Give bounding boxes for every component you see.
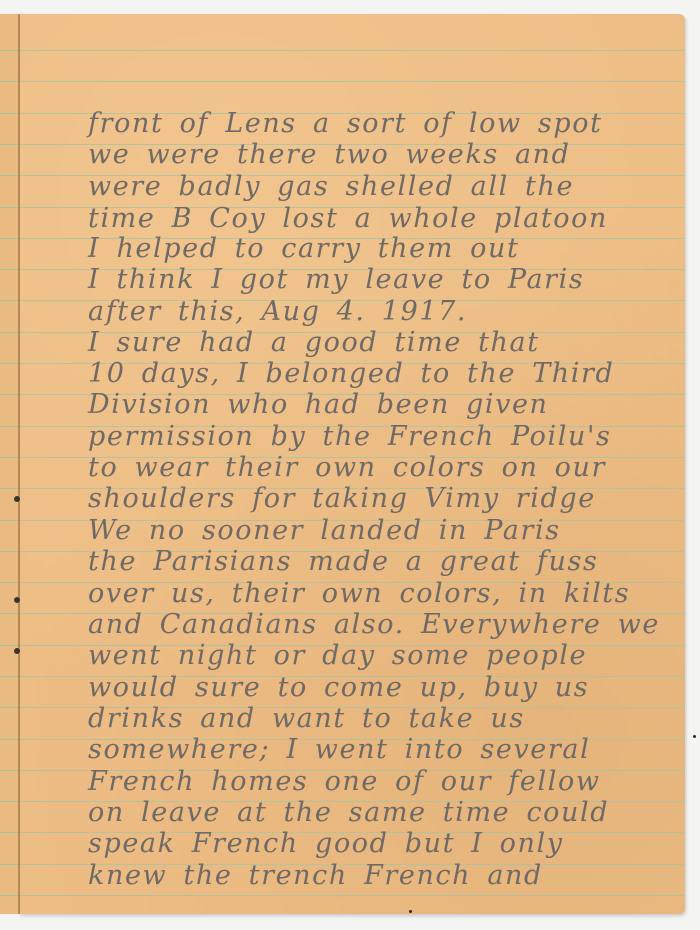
ruled-line — [0, 832, 18, 833]
facing-page-edge — [0, 14, 20, 914]
ruled-line — [0, 50, 18, 51]
ruled-line — [20, 895, 685, 896]
text-line: I sure had a good time that — [88, 327, 683, 359]
text-line: were badly gas shelled all the — [88, 171, 683, 203]
ruled-line — [0, 520, 18, 521]
text-line: and Canadians also. Everywhere we — [88, 609, 683, 641]
ruled-line — [0, 551, 18, 552]
text-line: somewhere; I went into several — [88, 734, 683, 766]
text-line: after this, Aug 4. 1917. — [88, 296, 683, 328]
ruled-line — [0, 332, 18, 333]
text-line: went night or day some people — [88, 640, 683, 672]
notebook-page: front of Lens a sort of low spot we were… — [20, 14, 685, 914]
ruled-line — [0, 394, 18, 395]
text-line: the Parisians made a great fuss — [88, 546, 683, 578]
ruled-line — [20, 81, 685, 82]
text-line: we were there two weeks and — [88, 139, 683, 171]
ruled-line — [0, 801, 18, 802]
text-line: would sure to come up, buy us — [88, 672, 683, 704]
paper-speck — [693, 735, 696, 738]
text-line: I helped to carry them out — [88, 233, 683, 265]
ruled-line — [0, 113, 18, 114]
text-line: 10 days, I belonged to the Third — [88, 358, 683, 390]
text-line: We no sooner landed in Paris — [88, 515, 683, 547]
ruled-line — [0, 613, 18, 614]
ruled-line — [0, 300, 18, 301]
paper-speck — [409, 910, 412, 913]
ruled-line — [0, 426, 18, 427]
ruled-line — [0, 864, 18, 865]
text-line: front of Lens a sort of low spot — [88, 108, 683, 140]
text-line: time B Coy lost a whole platoon — [88, 203, 683, 235]
ruled-line — [0, 676, 18, 677]
ruled-line — [0, 269, 18, 270]
text-line: on leave at the same time could — [88, 797, 683, 829]
ruled-line — [0, 707, 18, 708]
text-line: to wear their own colors on our — [88, 452, 683, 484]
text-line: permission by the French Poilu's — [88, 421, 683, 453]
ruled-line — [20, 50, 685, 51]
ruled-line — [0, 457, 18, 458]
ruled-line — [0, 175, 18, 176]
ruled-line — [0, 582, 18, 583]
ruled-line — [0, 144, 18, 145]
ruled-line — [0, 488, 18, 489]
text-line: French homes one of our fellow — [88, 766, 683, 798]
text-line: speak French good but I only — [88, 828, 683, 860]
ruled-line — [0, 238, 18, 239]
text-line: shoulders for taking Vimy ridge — [88, 483, 683, 515]
ruled-line — [0, 207, 18, 208]
ruled-line — [0, 81, 18, 82]
text-line: knew the trench French and — [88, 860, 683, 892]
text-line: over us, their own colors, in kilts — [88, 578, 683, 610]
text-line: I think I got my leave to Paris — [88, 264, 683, 296]
ruled-line — [0, 770, 18, 771]
ruled-line — [0, 363, 18, 364]
ruled-line — [0, 739, 18, 740]
text-line: Division who had been given — [88, 389, 683, 421]
text-line: drinks and want to take us — [88, 703, 683, 735]
ruled-line — [0, 645, 18, 646]
ruled-line — [0, 895, 18, 896]
